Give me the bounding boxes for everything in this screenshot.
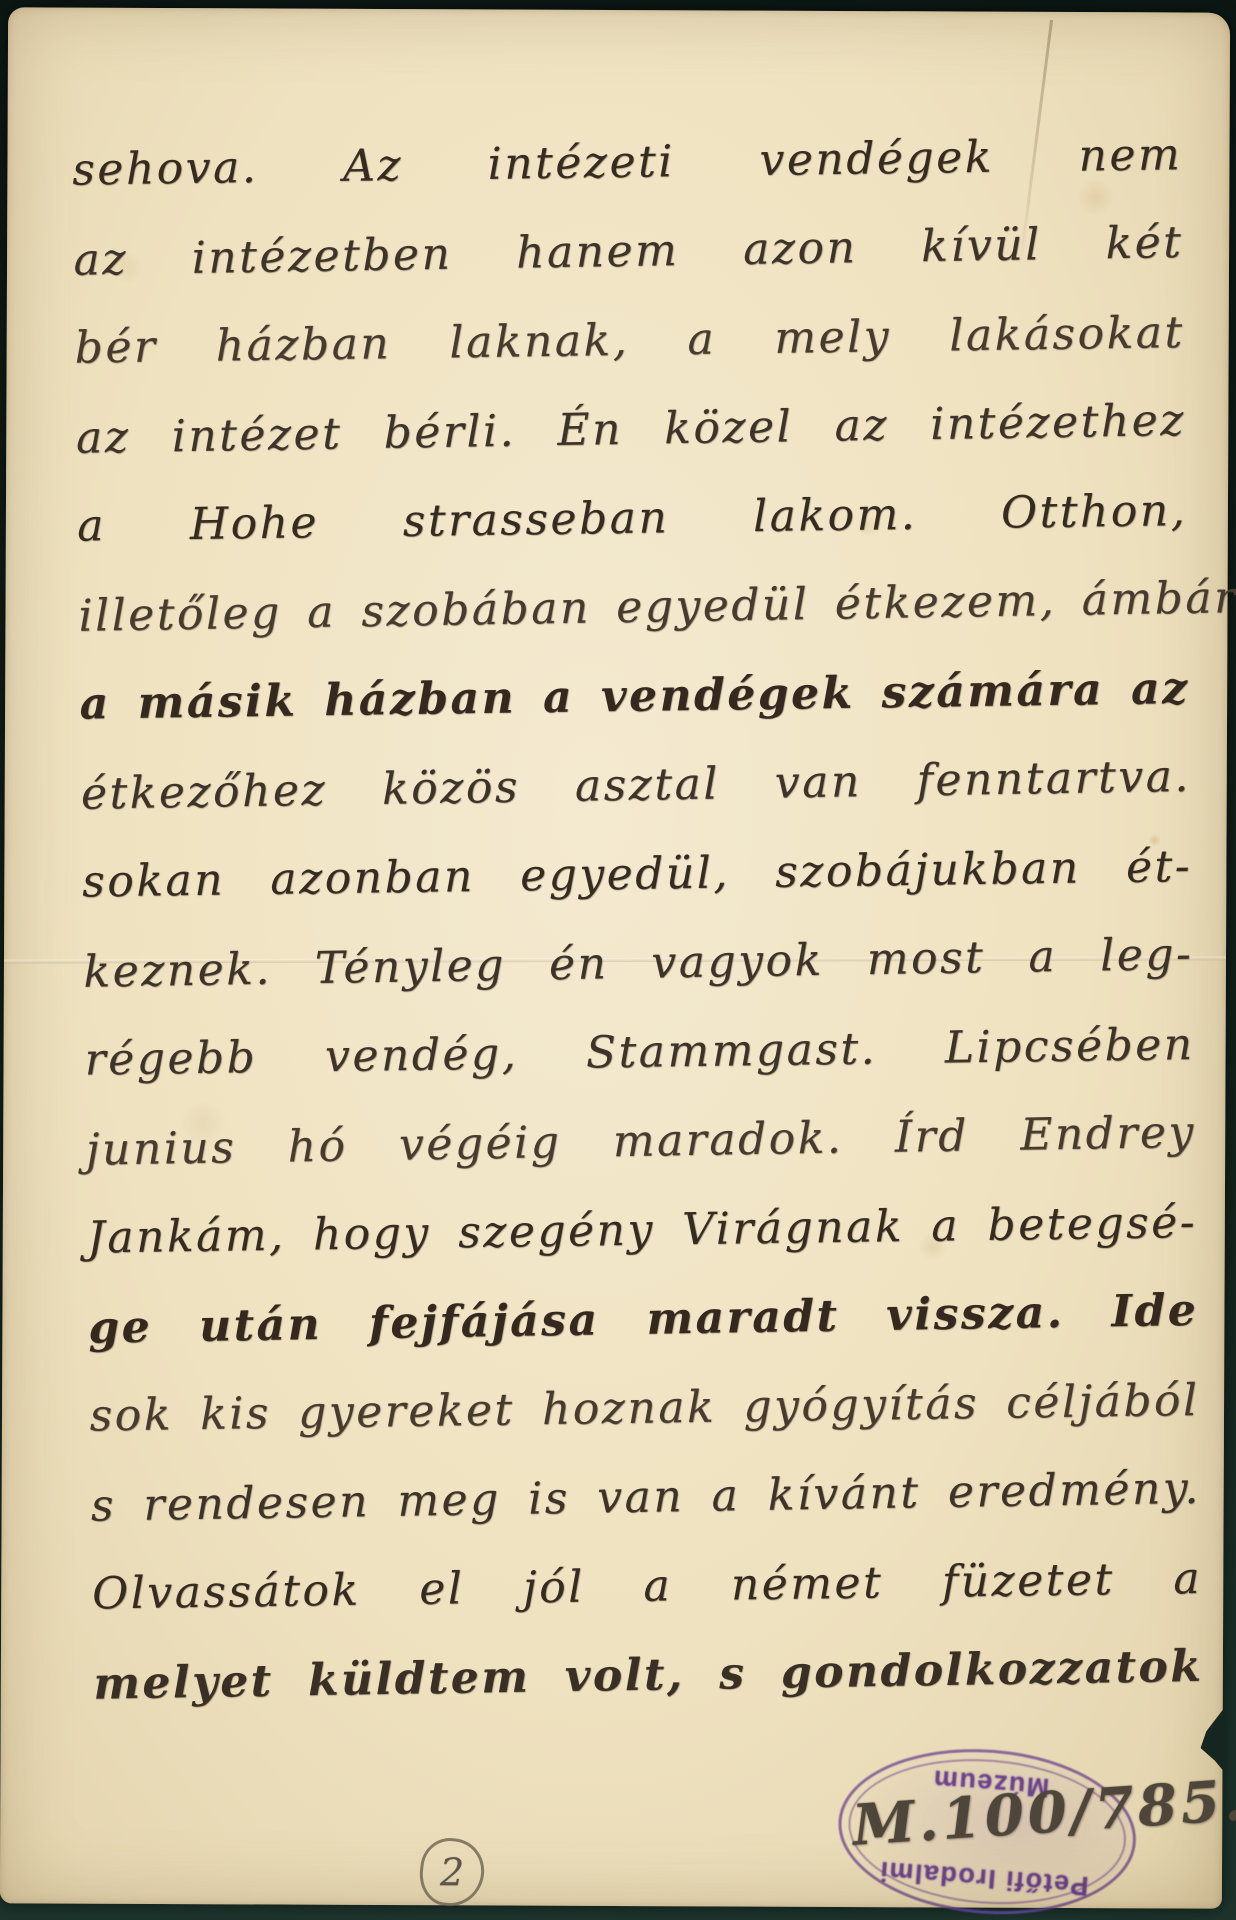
handwriting-line: Jankám, hogy szegény Virágnak a betegsé-: [87, 1178, 1198, 1282]
letter-page: sehova. Az intézeti vendégek nem az inté…: [0, 7, 1230, 1908]
paper-tear: [1200, 1705, 1226, 1775]
handwriting-line: bér házban laknak, a mely lakásokat: [74, 288, 1185, 392]
handwriting-line: a másik házban a vendégek számára az: [79, 644, 1190, 748]
handwriting-line: melyet küldtem volt, s gondolkozzatok: [93, 1622, 1204, 1729]
handwriting-line: junius hó végéig maradok. Írd Endrey: [85, 1088, 1196, 1195]
handwriting-line: Olvassátok el jól a német füzetet a: [92, 1534, 1203, 1638]
handwriting-line: a Hohe strasseban lakom. Otthon,: [77, 466, 1188, 570]
handwriting-line: sokan azonban egyedül, szobájukban ét-: [82, 822, 1193, 926]
page-number: 2: [440, 1850, 464, 1894]
page-number-circle: 2: [416, 1835, 487, 1910]
handwritten-text: sehova. Az intézeti vendégek nem az inté…: [72, 110, 1204, 1727]
handwriting-line: keznek. Tényleg én vagyok most a leg-: [83, 910, 1194, 1017]
handwriting-line: illetőleg a szobában egyedül étkezem, ám…: [78, 554, 1189, 661]
handwriting-line: ge után fejfájása maradt vissza. Ide: [88, 1266, 1199, 1373]
handwriting-line: étkezőhez közös asztal van fenntartva.: [80, 732, 1191, 839]
handwriting-line: az intézetben hanem azon kívül két: [73, 198, 1184, 305]
handwriting-line: s rendesen meg is van a kívánt eredmény.: [90, 1444, 1201, 1551]
handwriting-line: régebb vendég, Stammgast. Lipcsében: [84, 1000, 1195, 1104]
handwriting-line: sok kis gyereket hoznak gyógyítás céljáb…: [89, 1356, 1200, 1460]
handwriting-line: sehova. Az intézeti vendégek nem: [72, 110, 1183, 214]
handwriting-line: az intézet bérli. Én közel az intézethez: [75, 376, 1186, 483]
